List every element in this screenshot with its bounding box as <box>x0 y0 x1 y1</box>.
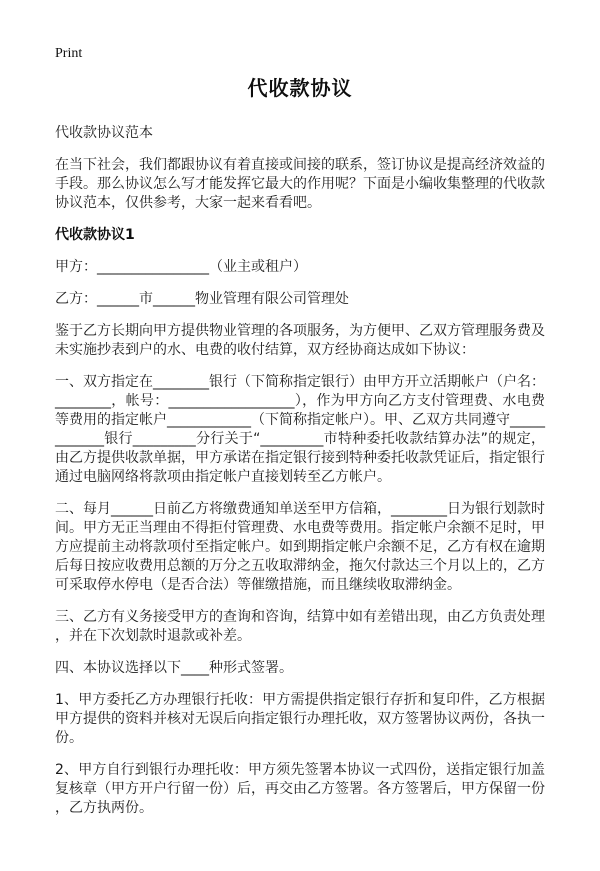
document-body: 代收款协议范本 在当下社会，我们都跟协议有着直接或间接的联系，签订协议是提高经济… <box>55 124 545 818</box>
clause-4-option-1: 1、甲方委托乙方办理银行托收：甲方需提供指定银行存折和复印件，乙方根据甲方提供的… <box>55 691 545 748</box>
clause-2: 二、每月______日前乙方将缴费通知单送至甲方信箱，________日为银行划… <box>55 500 545 595</box>
party-a-line: 甲方：________________（业主或租户） <box>55 258 545 277</box>
section-heading: 代收款协议1 <box>55 226 545 245</box>
clause-3: 三、乙方有义务接受甲方的查询和咨询，结算中如有差错出现，由乙方负责处理，并在下次… <box>55 608 545 646</box>
party-b-line: 乙方：______市______物业管理有限公司管理处 <box>55 290 545 309</box>
intro-paragraph: 在当下社会，我们都跟协议有着直接或间接的联系，签订协议是提高经济效益的手段。那么… <box>55 156 545 213</box>
page-title: 代收款协议 <box>55 76 545 100</box>
document-page: Print 代收款协议 代收款协议范本 在当下社会，我们都跟协议有着直接或间接的… <box>0 0 600 871</box>
preamble-paragraph: 鉴于乙方长期向甲方提供物业管理的各项服务，为方便甲、乙双方管理服务费及未实施抄表… <box>55 322 545 360</box>
print-link[interactable]: Print <box>55 46 545 62</box>
clause-4: 四、本协议选择以下____种形式签署。 <box>55 659 545 678</box>
clause-1: 一、双方指定在________银行（下简称指定银行）由甲方开立活期帐户（户名：_… <box>55 373 545 487</box>
clause-4-option-2: 2、甲方自行到银行办理托收：甲方须先签署本协议一式四份，送指定银行加盖复核章（甲… <box>55 761 545 818</box>
document-subtitle: 代收款协议范本 <box>55 124 545 143</box>
